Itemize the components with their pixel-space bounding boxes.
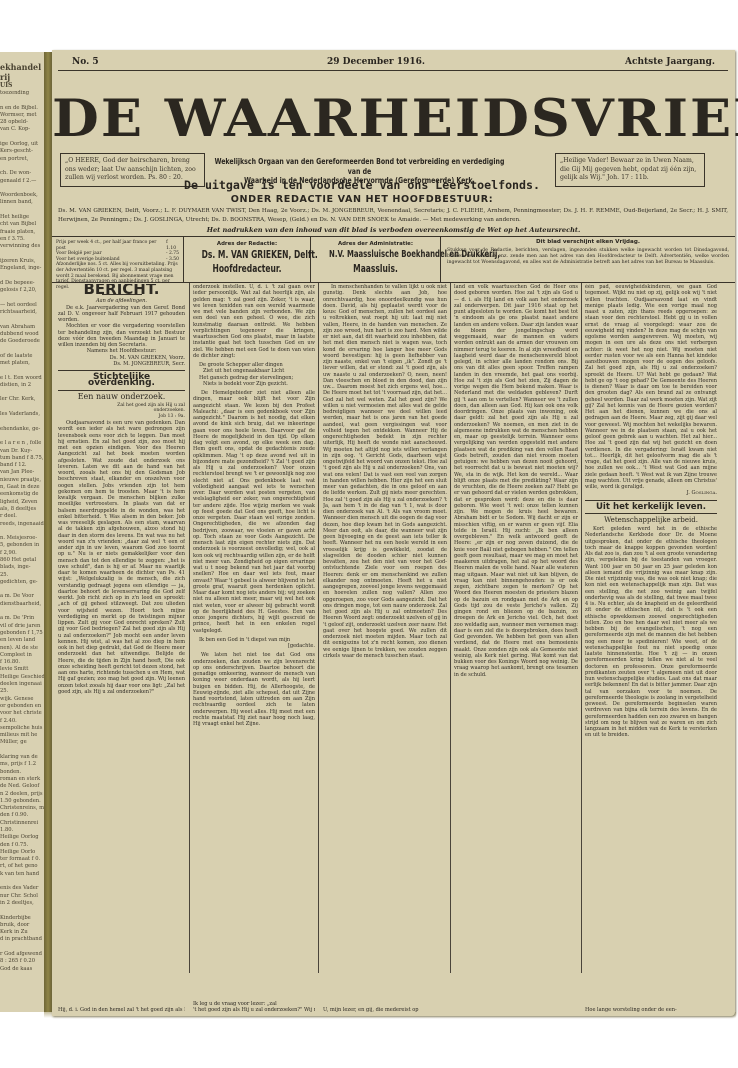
adjacent-page-line: — het oordeel [0, 302, 44, 309]
section-kerkelijk-leven: Uit het kerkelijk leven. [585, 504, 717, 510]
adjacent-page-line: 5, gebonden in [0, 542, 44, 549]
epigraph: Zal het goed zijn als Hij u zal onderzoe… [58, 403, 185, 414]
adjacent-page-line: Heilige Oorlog [0, 834, 44, 841]
adjacent-page-line: les Vaderlands, [0, 411, 44, 418]
adjacent-page-line: Heilige Geschied [0, 674, 44, 681]
adjacent-page-line: klaring van de [0, 754, 44, 761]
adjacent-page-line [0, 367, 44, 374]
adjacent-page-line: van C. Kop- [0, 126, 44, 133]
volume-label: Achtste Jaargang. [625, 57, 715, 67]
masthead-title: DE WAARHEIDSVRIEND [52, 88, 735, 149]
adjacent-page-line: Christinnenrei [0, 820, 44, 827]
adjacent-page-line: ligheid, Zeven [0, 499, 44, 506]
adjacent-page-line: r God afgewend [0, 951, 44, 958]
adjacent-page-line: gedichten, ge- [0, 579, 44, 586]
adjacent-page-line: met platen, [0, 360, 44, 367]
adjacent-page-line: eenkomstig de [0, 491, 44, 498]
column-1: BERICHT. Aan de afdeelingen. De e.k. Jaa… [58, 284, 185, 1000]
adjacent-page-line: 25. [0, 572, 44, 579]
subscription-prices: Prijs per week 4 ct., per half jaar fran… [52, 237, 184, 282]
adjacent-page-line: de Ned. Geloof [0, 783, 44, 790]
copyright-notice: Het nadrukken van den inhoud van dit bla… [52, 226, 735, 234]
adjacent-page-line: UIS [0, 82, 44, 90]
publication-text: Stukken voor de Redactie, berichten, ver… [447, 248, 729, 266]
adjacent-page-line: enis des Vader [0, 885, 44, 892]
publication-info: Dit blad verschijnt elken Vrijdag. Stukk… [441, 237, 735, 282]
adjacent-page-line: 1.50 gebonden. [0, 798, 44, 805]
adjacent-page-line: deelen ingenaai [0, 681, 44, 688]
column-3-text: In menschenhanden te vallen lijkt u ook … [323, 284, 447, 659]
adjacent-page-line [0, 272, 44, 279]
adjacent-page-line: nieuwe praatje, [0, 477, 44, 484]
adjacent-page-line: blads, inge- [0, 564, 44, 571]
adjacent-page-line: Het heilige [0, 214, 44, 221]
adjacent-page-line: 8 : 265 f 0.20 [0, 958, 44, 965]
poem-line-text: [gedachte. [199, 643, 315, 649]
adjacent-page-line: Christenreins, m [0, 805, 44, 812]
adjacent-page-line: nen). Al de ste [0, 645, 44, 652]
bericht-signature-2: Ds. M. JONGEBREUR, Secr. [58, 361, 185, 367]
adjacent-page-line: ms, prijs f 1.2 [0, 761, 44, 768]
adjacent-page-line: rij [0, 72, 44, 82]
adjacent-page-line: en portret, [0, 156, 44, 163]
adjacent-page-line: f 2,90. [0, 550, 44, 557]
redactie-address: Adres der Redactie: Ds. M. VAN GRIEKEN, … [184, 237, 311, 282]
adjacent-page-line: gelosis f 2,20, [0, 287, 44, 294]
adjacent-page-line: 28 opbeld- [0, 119, 44, 126]
adjacent-page-line: van Dr. Kuy- [0, 448, 44, 455]
adjacent-page-line: linnen band, [0, 199, 44, 206]
subtitle-line-1: Wekelijksch Orgaan van den Gereformeerde… [210, 157, 509, 176]
article-body: Oudjaarsavond is een ure van gedenken. D… [58, 420, 185, 695]
adjacent-page-line: Engeland, inge- [0, 265, 44, 272]
column-1-bottom-line: Hij, d. i. God in den hemel zal 't het g… [58, 1007, 185, 1013]
adjacent-page-line: cht van Bijbel [0, 221, 44, 228]
adjacent-page-line [0, 608, 44, 615]
adjacent-page-line: of de laatste [0, 353, 44, 360]
editors-list: Ds. M. VAN GRIEKEN, Delft, Voorz.; L. F.… [58, 207, 728, 225]
adjacent-page-line [0, 97, 44, 104]
column-3: In menschenhanden te vallen lijkt u ook … [323, 284, 447, 1000]
column-2-text-2: De Hemelgebieder ziet niet alleen alle d… [193, 390, 315, 634]
binding-spine [44, 52, 52, 1012]
adjacent-page-line: d De bepeee- [0, 280, 44, 287]
adjacent-page-line: f 16.80. [0, 659, 44, 666]
adjacent-page-line: e l t. Een woord [0, 375, 44, 382]
adjacent-page-line [0, 163, 44, 170]
adjacent-page-line: ch. De won- [0, 170, 44, 177]
administratie-address: Adres der Administratie: N.V. Maassluisc… [311, 237, 441, 282]
section-stichtelijke-overdenking: Stichtelijke overdenking. [58, 374, 185, 387]
adjacent-page-line: r deel. [0, 513, 44, 520]
redactie-role: Hoofdredacteur. [202, 263, 293, 275]
column-2-bottom-line-2: 't het goed zijn als Hij u zal onderzoek… [193, 1007, 315, 1013]
adjacent-page-line [0, 528, 44, 535]
adjacent-page-line: ijzeren Kruis, [0, 258, 44, 265]
adjacent-page-line: tum band f 8.75, [0, 455, 44, 462]
column-5-bottom-line: Hoe lange worsteling onder de een- [585, 1007, 717, 1013]
adjacent-page-line: 25. [0, 688, 44, 695]
adjacent-page-line: nur Chr. Schol [0, 893, 44, 900]
adjacent-page-line: bruik, door [0, 922, 44, 929]
adjacent-page-line [0, 433, 44, 440]
adjacent-page-line: gebonden f 1,75 [0, 630, 44, 637]
adjacent-page-line: ige Oorlog, uit [0, 141, 44, 148]
adjacent-page-line: in 2 deeltjes, [0, 900, 44, 907]
adjacent-page-line: roman en sterk [0, 776, 44, 783]
adjacent-page-line [0, 345, 44, 352]
adjacent-page-line: voor het christe [0, 710, 44, 717]
adjacent-page-line: God de kaas [0, 966, 44, 973]
issue-number: No. 5 [72, 57, 99, 67]
bericht-paragraph-2: Mochten er voor die vergadering voorstel… [58, 323, 185, 348]
adjacent-page-line: milieus mit he [0, 732, 44, 739]
adjacent-page-line: d in prachtband [0, 936, 44, 943]
bericht-paragraph-1: De e.k. Jaarvergadering van den Geref. B… [58, 305, 185, 324]
adjacent-page-line: levie Smitt [0, 666, 44, 673]
adjacent-page-line: bonden. [0, 769, 44, 776]
bericht-title: BERICHT. [58, 286, 185, 292]
uitgave-line: De uitgave is ten voordeele van ons Leer… [182, 178, 542, 192]
adjacent-page-line: or gebonden en [0, 703, 44, 710]
adjacent-page-line: Kers-gescht- [0, 148, 44, 155]
column-3-bottom-line: U, mijn lezer, en gij, die medereist op [323, 1007, 447, 1013]
adjacent-page-line: n 2 deelen, prijs [0, 791, 44, 798]
price-row: Prijs per week 4 ct., per half jaar fran… [56, 240, 179, 251]
adjacent-page-line [0, 404, 44, 411]
adjacent-page-line: ehendanke, ge- [0, 426, 44, 433]
redactie-address-heading: Adres der Redactie: [184, 241, 310, 247]
adjacent-page-line [0, 207, 44, 214]
adjacent-page-line [0, 389, 44, 396]
adjacent-page-line: n en de Bijbel. [0, 105, 44, 112]
column-4: land en volk waartusschen God de Heer on… [454, 284, 578, 1000]
article-title-wetenschappelijke-arbeid: Wetenschappelijke arbeid. [585, 517, 717, 523]
adjacent-page-line: ler Chr. Kerk, [0, 396, 44, 403]
adjacent-page-line: Kerk in Zu [0, 929, 44, 936]
adjacent-page-line: Müller, ge [0, 739, 44, 746]
adjacent-page-line [0, 418, 44, 425]
adjacent-page-line: Kinderbijbe [0, 915, 44, 922]
adjacent-page-line: toezending [0, 90, 44, 97]
poem-line-text: Niets is bedekt voor Zijn gezicht. [199, 381, 315, 387]
adjacent-page-line: ter formaat f 0. [0, 856, 44, 863]
adjacent-page-line: als, 8 deeltjes [0, 506, 44, 513]
adjacent-page-line: k van ten hand [0, 871, 44, 878]
adjacent-page-text: ekhandelrijUIStoezending n en de Bijbel.… [0, 62, 44, 973]
redactie-name: Ds. M. VAN GRIEKEN, Delft. [202, 249, 293, 261]
column-5-text-2: Kort geleden werd het in de ethische Ned… [585, 526, 717, 739]
adjacent-page-line: genaald f 2.— [0, 178, 44, 185]
adjacent-page-line: van Abraham [0, 324, 44, 331]
adjacent-page-line: verwinning des [0, 243, 44, 250]
adjacent-page-line [0, 586, 44, 593]
adjacent-page-line: Heilige Oorlo [0, 849, 44, 856]
newspaper-page: No. 5 29 December 1916. Achtste Jaargang… [52, 50, 735, 1016]
adjacent-page-line: band f 12. [0, 462, 44, 469]
adjacent-page-fragment: ekhandelrijUIStoezending n en de Bijbel.… [0, 52, 44, 1012]
adjacent-page-line: ekhandel [0, 62, 44, 72]
adjacent-page-line: rt, of het geno [0, 863, 44, 870]
adjacent-page-line [0, 878, 44, 885]
adjacent-page-line: n, Gaat in deze [0, 484, 44, 491]
adjacent-page-line: fraaie platen, [0, 229, 44, 236]
admin-name: N.V. Maassluische Boekhandel en Drukkeri… [329, 249, 422, 261]
adjacent-page-line: 1.80. [0, 827, 44, 834]
issue-date: 29 December 1916. [327, 57, 425, 67]
column-2: onderzoek instellen. U, d. i. 't zal gaa… [193, 284, 315, 1000]
adjacent-page-line [0, 944, 44, 951]
adjacent-page-line: van Jan Plee- [0, 469, 44, 476]
adjacent-page-line: den f 0.75. [0, 842, 44, 849]
adjacent-page-line [0, 251, 44, 258]
adjacent-page-line: distien, in 2 [0, 382, 44, 389]
column-4-text: land en volk waartusschen God de Heer on… [454, 284, 578, 678]
adjacent-page-line: de Goederoede [0, 338, 44, 345]
adjacent-page-line: Woordenboek, [0, 192, 44, 199]
admin-city: Maassluis. [329, 263, 422, 275]
adjacent-page-line [0, 185, 44, 192]
article-title: Een nauw onderzoek. [58, 394, 185, 400]
adjacent-page-line [0, 294, 44, 301]
adjacent-page-line: reeds, ingenaaid [0, 521, 44, 528]
adjacent-page-line: a m. De 'Prin [0, 615, 44, 622]
publication-heading: Dit blad verschijnt elken Vrijdag. [447, 240, 729, 246]
adjacent-page-line: dienstbaarheid, [0, 601, 44, 608]
adjacent-page-line: e l a r e n , folle [0, 440, 44, 447]
redactie-heading: ONDER REDACTIE VAN HET HOOFDBESTUUR: [182, 194, 542, 205]
adjacent-page-line: dubbend wood [0, 331, 44, 338]
adjacent-page-line [0, 907, 44, 914]
adjacent-page-line [0, 134, 44, 141]
column-5: één pad, eeuwigheidskinderen, we gaan Go… [585, 284, 717, 1000]
adjacent-page-line: richtsaarheid, [0, 309, 44, 316]
column-2-text-3: We laten het niet toe dat God ons onderz… [193, 652, 315, 727]
poem-line: Ik ben een God in 't diepst van mijn[ged… [193, 637, 315, 650]
adjacent-page-line: vil of drie jaren [0, 623, 44, 630]
column-2-text-1: onderzoek instellen. U, d. i. 't zal gaa… [193, 284, 315, 359]
adjacent-page-line: Wormser, met [0, 112, 44, 119]
poem-stanza: De groote Schepper aller dingenZiet uit … [193, 362, 315, 387]
adjacent-page-line: Compleet in [0, 652, 44, 659]
header-rule [58, 70, 728, 71]
adjacent-page-line: n. Meisjesroe- [0, 535, 44, 542]
adjacent-page-line [0, 747, 44, 754]
adjacent-page-line: sempoliche huis [0, 725, 44, 732]
adjacent-page-line: den f 0.90. [0, 812, 44, 819]
adjacent-page-line: en f 3.75. [0, 236, 44, 243]
adjacent-page-line: 860 Het getal [0, 557, 44, 564]
adjacent-page-line: a m. De Voor [0, 593, 44, 600]
column-5-text-1: één pad, eeuwigheidskinderen, we gaan Go… [585, 284, 717, 490]
author-signature: J. Goslinga. [585, 490, 717, 496]
adjacent-page-line [0, 316, 44, 323]
adjacent-page-line: wijk. Genese [0, 696, 44, 703]
adjacent-page-line: f 2.40. [0, 718, 44, 725]
info-bar: Prijs per week 4 ct., per half jaar fran… [52, 236, 735, 283]
admin-address-heading: Adres der Administratie: [311, 241, 440, 247]
quote-right: „Heilige Vader! Bewaar ze in Uwen Naam, … [555, 153, 705, 187]
adjacent-page-line: en leven land [0, 637, 44, 644]
